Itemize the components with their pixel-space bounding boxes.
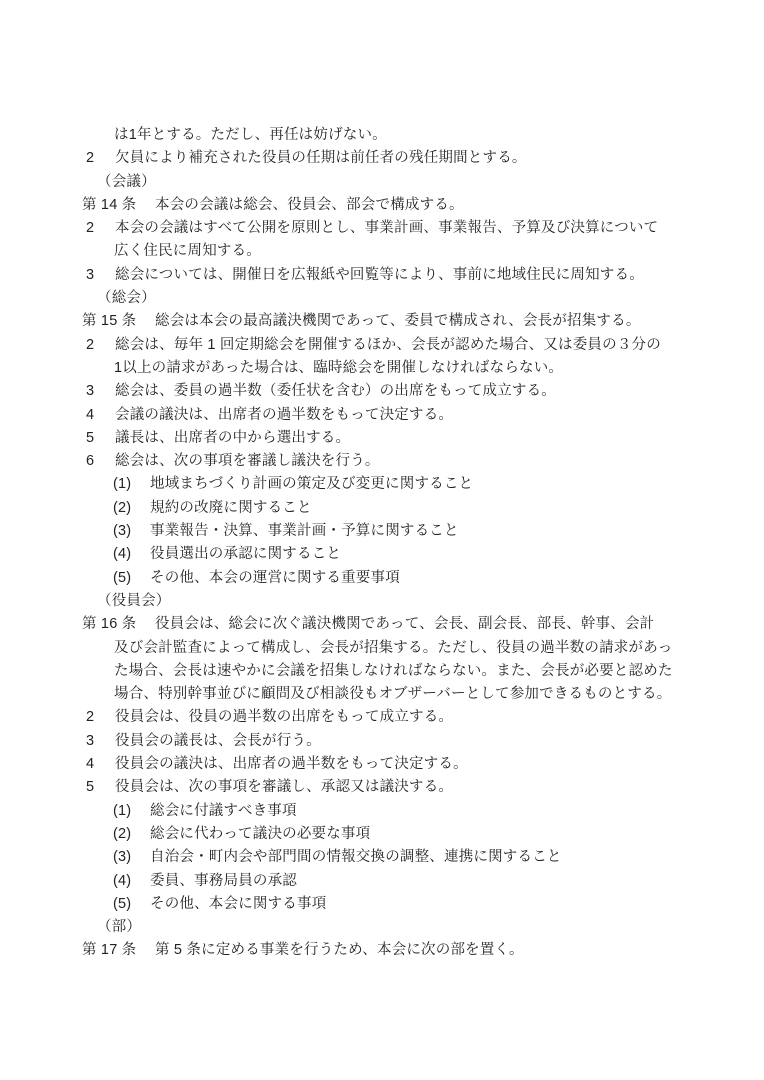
line-text: 総会については、開催日を広報紙や回覧等により、事前に地域住民に周知する。 xyxy=(115,267,644,283)
document-line: 5役員会は、次の事項を審議し、承認又は議決する。 xyxy=(0,776,764,799)
line-text: その他、本会に関する事項 xyxy=(150,896,326,912)
line-text: 規約の改廃に関すること xyxy=(150,500,312,516)
line-marker: 第 16 条 xyxy=(82,613,155,636)
line-text: 本会の会議は総会、役員会、部会で構成する。 xyxy=(155,197,464,213)
line-marker: 3 xyxy=(86,380,115,403)
line-text: 総会は、次の事項を審議し議決を行う。 xyxy=(115,453,380,469)
line-text: 1以上の請求があった場合は、臨時総会を開催しなければならない。 xyxy=(114,360,563,376)
document-body: は1年とする。ただし、再任は妨げない。2欠員により補充された役員の任期は前任者の… xyxy=(0,124,764,963)
line-marker: 2 xyxy=(86,217,115,240)
document-line: 4会議の議決は、出席者の過半数をもって決定する。 xyxy=(0,404,764,427)
document-line: 2本会の会議はすべて公開を原則とし、事業計画、事業報告、予算及び決算について xyxy=(0,217,764,240)
line-marker: 第 17 条 xyxy=(82,939,155,962)
document-line: 第 16 条役員会は、総会に次ぐ議決機関であって、会長、副会長、部長、幹事、会計 xyxy=(0,613,764,636)
document-line: 3総会については、開催日を広報紙や回覧等により、事前に地域住民に周知する。 xyxy=(0,264,764,287)
document-line: 及び会計監査によって構成し、会長が招集する。ただし、役員の過半数の請求があっ xyxy=(0,637,764,660)
document-line: 2総会は、毎年 1 回定期総会を開催するほか、会長が認めた場合、又は委員の３分の xyxy=(0,334,764,357)
document-line: (2)規約の改廃に関すること xyxy=(0,497,764,520)
document-line: （役員会） xyxy=(0,590,764,613)
line-marker: (2) xyxy=(113,497,150,520)
line-marker: 5 xyxy=(86,427,115,450)
line-marker: 4 xyxy=(86,404,115,427)
document-line: 1以上の請求があった場合は、臨時総会を開催しなければならない。 xyxy=(0,357,764,380)
document-line: (3)事業報告・決算、事業計画・予算に関すること xyxy=(0,520,764,543)
line-text: 自治会・町内会や部門間の情報交換の調整、連携に関すること xyxy=(150,849,562,865)
line-text: 役員選出の承認に関すること xyxy=(150,546,341,562)
line-marker: 5 xyxy=(86,776,115,799)
document-line: (4)役員選出の承認に関すること xyxy=(0,543,764,566)
line-text: 会議の議決は、出席者の過半数をもって決定する。 xyxy=(115,407,453,423)
line-text: その他、本会の運営に関する重要事項 xyxy=(150,570,400,586)
document-line: (5)その他、本会の運営に関する重要事項 xyxy=(0,567,764,590)
line-marker: 4 xyxy=(86,753,115,776)
line-marker: 2 xyxy=(86,706,115,729)
line-marker: 2 xyxy=(86,334,115,357)
line-marker: (5) xyxy=(113,893,150,916)
line-text: （総会） xyxy=(97,290,156,306)
line-text: 事業報告・決算、事業計画・予算に関すること xyxy=(150,523,459,539)
line-text: 役員会は、次の事項を審議し、承認又は議決する。 xyxy=(115,779,453,795)
line-text: 総会は、毎年 1 回定期総会を開催するほか、会長が認めた場合、又は委員の３分の xyxy=(115,337,661,353)
line-marker: 第 14 条 xyxy=(82,194,155,217)
line-text: 地域まちづくり計画の策定及び変更に関すること xyxy=(150,476,473,492)
line-text: 役員会の議長は、会長が行う。 xyxy=(115,733,321,749)
line-marker: (4) xyxy=(113,870,150,893)
line-text: は1年とする。ただし、再任は妨げない。 xyxy=(114,127,387,143)
line-marker: (3) xyxy=(113,846,150,869)
document-line: 場合、特別幹事並びに顧問及び相談役もオブザーバーとして参加できるものとする。 xyxy=(0,683,764,706)
line-text: 役員会の議決は、出席者の過半数をもって決定する。 xyxy=(115,756,468,772)
document-line: (1)総会に付議すべき事項 xyxy=(0,800,764,823)
document-line: 6総会は、次の事項を審議し議決を行う。 xyxy=(0,450,764,473)
line-marker: 2 xyxy=(86,147,115,170)
line-text: （部） xyxy=(97,919,141,935)
document-line: 5議長は、出席者の中から選出する。 xyxy=(0,427,764,450)
document-line: 広く住民に周知する。 xyxy=(0,240,764,263)
line-text: 欠員により補充された役員の任期は前任者の残任期間とする。 xyxy=(115,150,527,166)
line-text: 総会に代わって議決の必要な事項 xyxy=(150,826,370,842)
document-line: 2欠員により補充された役員の任期は前任者の残任期間とする。 xyxy=(0,147,764,170)
line-text: た場合、会長は速やかに会議を招集しなければならない。また、会長が必要と認めた xyxy=(114,663,673,679)
document-line: 2役員会は、役員の過半数の出席をもって成立する。 xyxy=(0,706,764,729)
line-text: （役員会） xyxy=(97,593,171,609)
line-marker: 3 xyxy=(86,730,115,753)
document-line: 4役員会の議決は、出席者の過半数をもって決定する。 xyxy=(0,753,764,776)
document-line: (2)総会に代わって議決の必要な事項 xyxy=(0,823,764,846)
line-text: 総会は本会の最高議決機関であって、委員で構成され、会長が招集する。 xyxy=(155,313,641,329)
line-marker: (2) xyxy=(113,823,150,846)
line-marker: 第 15 条 xyxy=(82,310,155,333)
document-line: た場合、会長は速やかに会議を招集しなければならない。また、会長が必要と認めた xyxy=(0,660,764,683)
line-marker: 6 xyxy=(86,450,115,473)
document-line: （総会） xyxy=(0,287,764,310)
document-line: 第 15 条総会は本会の最高議決機関であって、委員で構成され、会長が招集する。 xyxy=(0,310,764,333)
document-line: 3役員会の議長は、会長が行う。 xyxy=(0,730,764,753)
document-line: (5)その他、本会に関する事項 xyxy=(0,893,764,916)
line-text: 議長は、出席者の中から選出する。 xyxy=(115,430,350,446)
line-text: 役員会は、総会に次ぐ議決機関であって、会長、副会長、部長、幹事、会計 xyxy=(155,616,654,632)
line-marker: (3) xyxy=(113,520,150,543)
line-text: （会議） xyxy=(97,174,156,190)
line-text: 及び会計監査によって構成し、会長が招集する。ただし、役員の過半数の請求があっ xyxy=(114,640,672,656)
line-marker: (5) xyxy=(113,567,150,590)
line-text: 役員会は、役員の過半数の出席をもって成立する。 xyxy=(115,709,453,725)
document-line: (3)自治会・町内会や部門間の情報交換の調整、連携に関すること xyxy=(0,846,764,869)
line-marker: (1) xyxy=(113,800,150,823)
document-line: は1年とする。ただし、再任は妨げない。 xyxy=(0,124,764,147)
line-marker: (4) xyxy=(113,543,150,566)
document-line: （会議） xyxy=(0,171,764,194)
document-page: は1年とする。ただし、再任は妨げない。2欠員により補充された役員の任期は前任者の… xyxy=(0,0,764,1080)
line-text: 総会は、委員の過半数（委任状を含む）の出席をもって成立する。 xyxy=(115,383,556,399)
document-line: (4)委員、事務局員の承認 xyxy=(0,870,764,893)
line-text: 第 5 条に定める事業を行うため、本会に次の部を置く。 xyxy=(155,942,524,958)
document-line: 第 17 条第 5 条に定める事業を行うため、本会に次の部を置く。 xyxy=(0,939,764,962)
line-text: 委員、事務局員の承認 xyxy=(150,873,297,889)
document-line: 3総会は、委員の過半数（委任状を含む）の出席をもって成立する。 xyxy=(0,380,764,403)
line-marker: 3 xyxy=(86,264,115,287)
line-text: 本会の会議はすべて公開を原則とし、事業計画、事業報告、予算及び決算について xyxy=(115,220,658,236)
document-line: （部） xyxy=(0,916,764,939)
document-line: 第 14 条本会の会議は総会、役員会、部会で構成する。 xyxy=(0,194,764,217)
line-text: 総会に付議すべき事項 xyxy=(150,803,297,819)
line-text: 広く住民に周知する。 xyxy=(114,243,261,259)
line-marker: (1) xyxy=(113,473,150,496)
document-line: (1)地域まちづくり計画の策定及び変更に関すること xyxy=(0,473,764,496)
line-text: 場合、特別幹事並びに顧問及び相談役もオブザーバーとして参加できるものとする。 xyxy=(114,686,671,702)
